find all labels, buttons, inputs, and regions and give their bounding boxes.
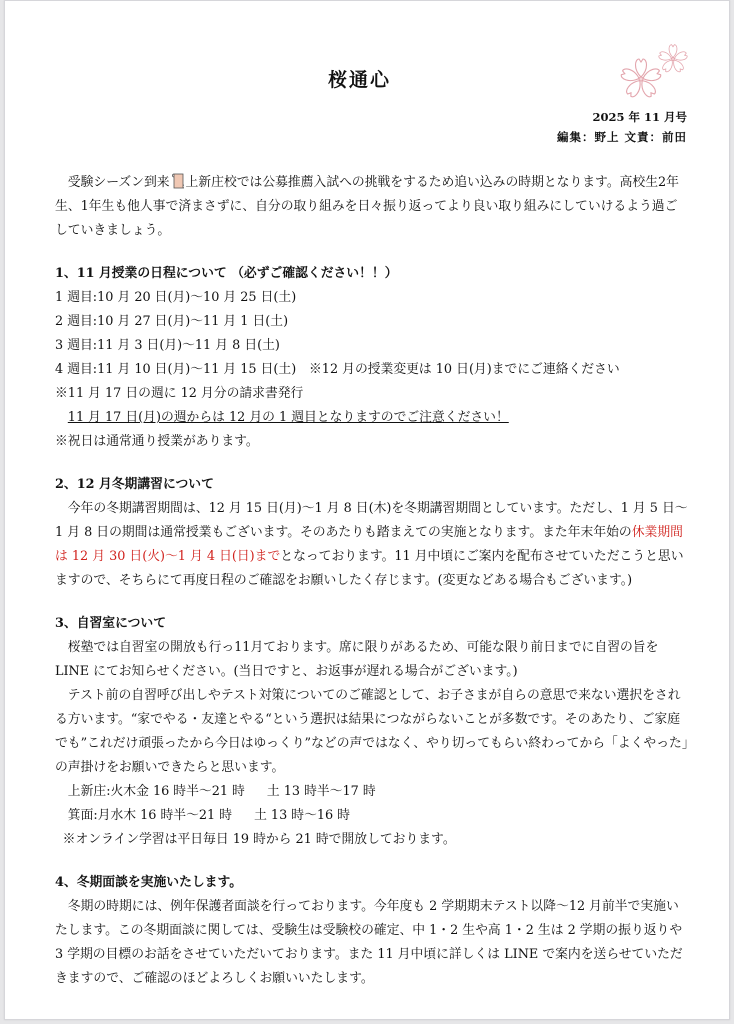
schedule-minoh-saturday: 土 13 時～16 時 bbox=[254, 808, 350, 823]
december-week-note: 11 月 17 日(月)の週からは 12 月の 1 週目となりますのでご注意くだ… bbox=[55, 406, 689, 430]
study-room-paragraph-2: テスト前の自習呼び出しやテスト対策についてのご確認として、お子さまが自らの意思で… bbox=[55, 684, 689, 780]
december-week-note-text: 11 月 17 日(月)の週からは 12 月の 1 週目となりますのでご注意くだ… bbox=[68, 410, 509, 425]
section1-heading: 1、11 月授業の日程について （必ずご確認ください！！） bbox=[55, 262, 689, 286]
section3-heading: 3、自習室について bbox=[55, 612, 689, 636]
schedule-minoh-weekday: 箕面:月水木 16 時半～21 時 bbox=[68, 808, 232, 823]
newsletter-body: 受験シーズン到来上新庄校では公募推薦入試への挑戦をするため追い込みの時期となりま… bbox=[55, 171, 689, 991]
interview-paragraph: 冬期の時期には、例年保護者面談を行っております。今年度も 2 学期期末テスト以降… bbox=[55, 895, 689, 991]
intro-paragraph: 受験シーズン到来上新庄校では公募推薦入試への挑戦をするため追い込みの時期となりま… bbox=[55, 171, 689, 243]
schedule-kamishinjo-saturday: 土 13 時半～17 時 bbox=[267, 784, 376, 799]
schedule-kamishinjo: 上新庄:火木金 16 時半～21 時土 13 時半～17 時 bbox=[55, 780, 689, 804]
editors-credit: 編集：野上 文責：前田 bbox=[557, 129, 687, 145]
billing-note: ※11 月 17 日の週に 12 月分の請求書発行 bbox=[55, 382, 689, 406]
week-3: 3 週目:11 月 3 日(月)～11 月 8 日(土) bbox=[55, 334, 689, 358]
week-4: 4 週目:11 月 10 日(月)～11 月 15 日(土) ※12 月の授業変… bbox=[55, 358, 689, 382]
section4-heading: 4、冬期面談を実施いたします。 bbox=[55, 871, 689, 895]
holiday-note: ※祝日は通常通り授業があります。 bbox=[55, 430, 689, 454]
newsletter-page: 桜通心 2025 年 11 月号 bbox=[4, 0, 730, 1020]
online-study-note: ※オンライン学習は平日毎日 19 時から 21 時で開放しております。 bbox=[55, 828, 689, 852]
intro-text-start: 受験シーズン到来 bbox=[68, 175, 170, 190]
winter-course-text: 今年の冬期講習期間は、12 月 15 日(月)～1 月 8 日(木)を冬期講習期… bbox=[55, 501, 688, 540]
schedule-minoh: 箕面:月水木 16 時半～21 時土 13 時～16 時 bbox=[55, 804, 689, 828]
study-room-paragraph-1: 桜塾では自習室の開放も行っ11月ております。席に限りがあるため、可能な限り前日ま… bbox=[55, 636, 689, 684]
section2-heading: 2、12 月冬期講習について bbox=[55, 473, 689, 497]
winter-course-paragraph: 今年の冬期講習期間は、12 月 15 日(月)～1 月 8 日(木)を冬期講習期… bbox=[55, 497, 689, 593]
sakura-flowers-icon bbox=[617, 41, 697, 106]
week-2: 2 週目:10 月 27 日(月)～11 月 1 日(土) bbox=[55, 310, 689, 334]
week-1: 1 週目:10 月 20 日(月)～10 月 25 日(土) bbox=[55, 286, 689, 310]
scroll-icon bbox=[172, 173, 184, 189]
schedule-kamishinjo-weekday: 上新庄:火木金 16 時半～21 時 bbox=[68, 784, 245, 799]
issue-date: 2025 年 11 月号 bbox=[592, 109, 687, 125]
newsletter-title: 桜通心 bbox=[328, 65, 391, 92]
